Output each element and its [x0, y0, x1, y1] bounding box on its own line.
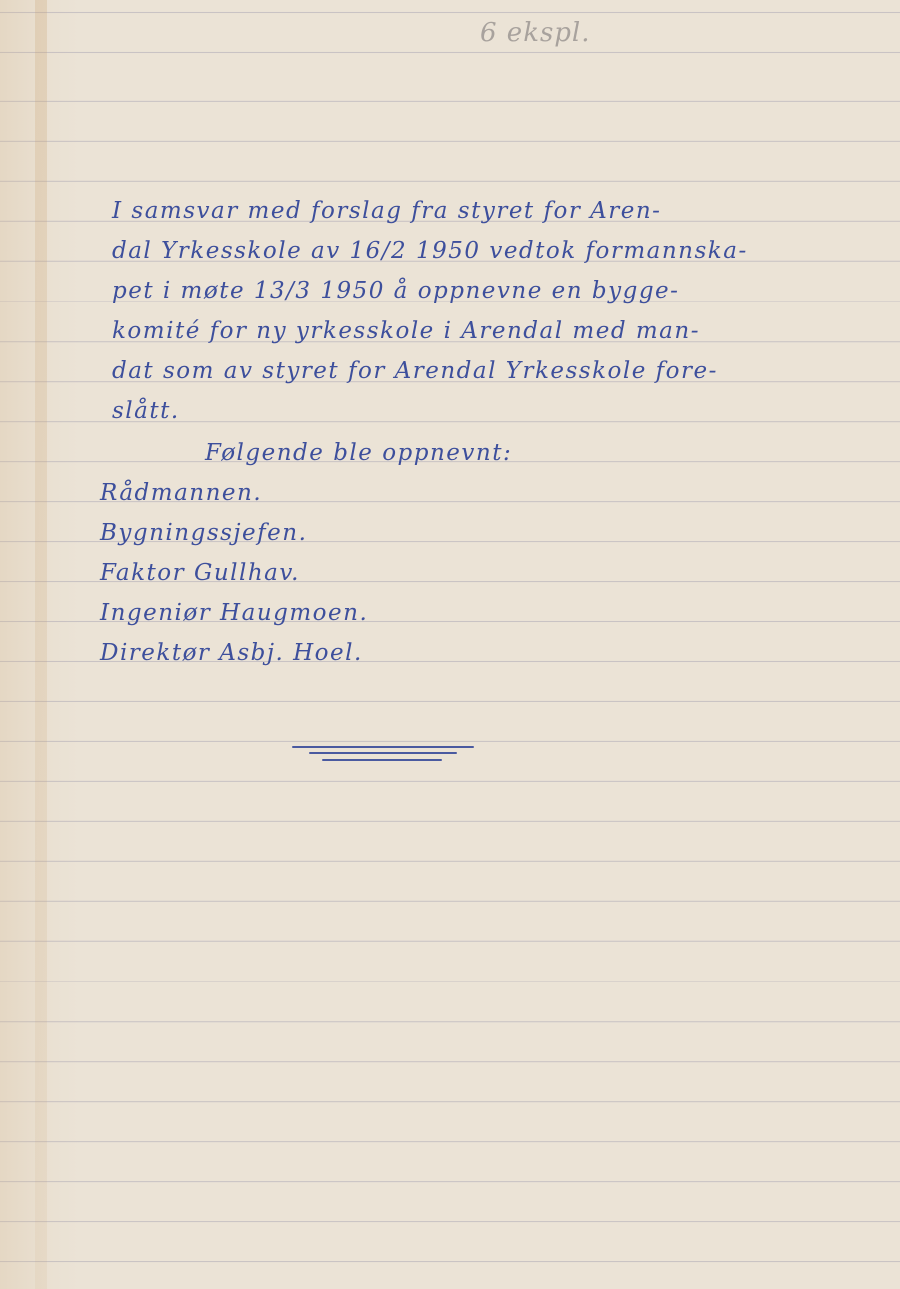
handwritten-page: 6 ekspl. I samsvar med forslag fra styre…: [0, 0, 900, 1289]
margin-stain: [35, 0, 47, 1289]
member-item: Direktør Asbj. Hoel.: [100, 640, 363, 666]
member-item: Faktor Gullhav.: [100, 560, 300, 586]
paragraph-line: slått.: [112, 398, 180, 424]
member-item: Ingeniør Haugmoen.: [100, 600, 368, 626]
closing-rule: [322, 759, 442, 761]
paragraph-line: pet i møte 13/3 1950 å oppnevne en bygge…: [112, 278, 679, 304]
pencil-annotation: 6 ekspl.: [480, 18, 591, 48]
member-item: Rådmannen.: [100, 480, 262, 506]
member-item: Bygningssjefen.: [100, 520, 307, 546]
closing-rule: [292, 746, 474, 748]
paragraph-line: I samsvar med forslag fra styret for Are…: [112, 198, 661, 224]
paragraph-line: dal Yrkesskole av 16/2 1950 vedtok forma…: [112, 238, 748, 264]
paragraph-line: komité for ny yrkesskole i Arendal med m…: [112, 318, 700, 344]
closing-rule: [309, 752, 457, 754]
paragraph-line: dat som av styret for Arendal Yrkesskole…: [112, 358, 718, 384]
list-heading: Følgende ble oppnevnt:: [205, 440, 512, 466]
